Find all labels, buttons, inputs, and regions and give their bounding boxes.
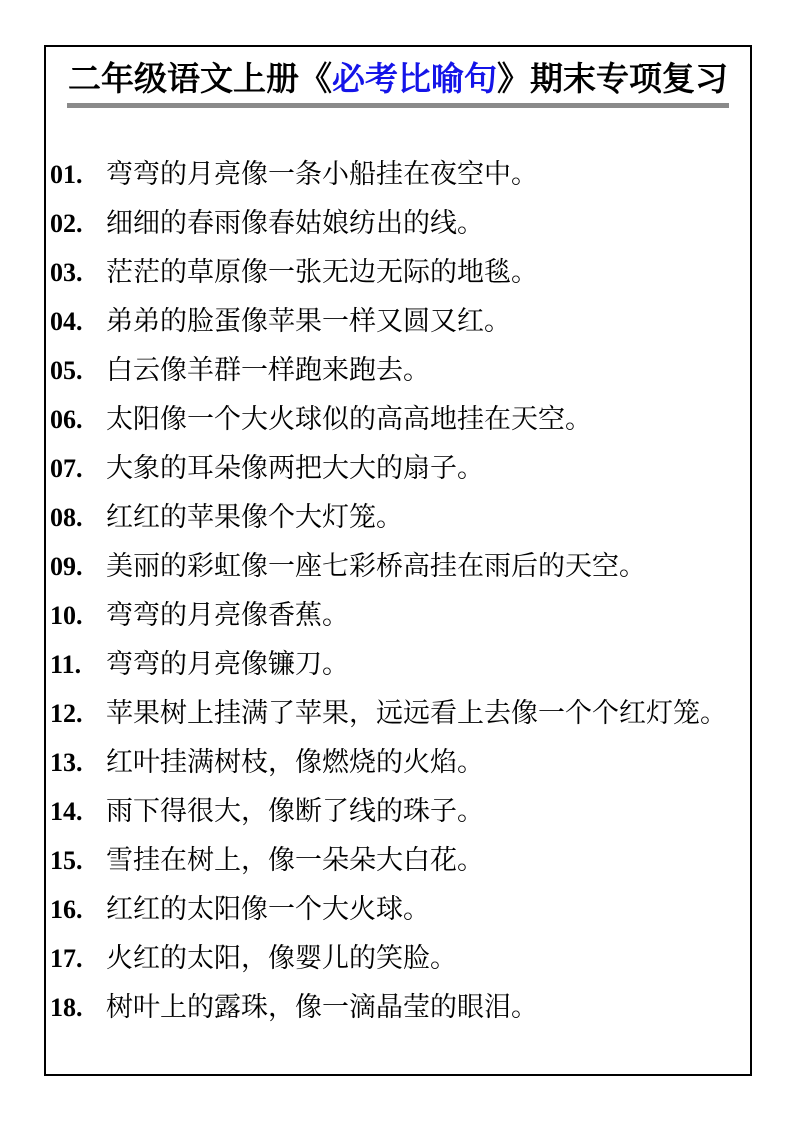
item-number: 17.: [50, 944, 106, 974]
list-item: 07. 大象的耳朵像两把大大的扇子。: [50, 452, 740, 501]
item-number: 08.: [50, 503, 106, 533]
item-number: 05.: [50, 356, 106, 386]
page-title: 二年级语文上册《必考比喻句》期末专项复习: [67, 60, 729, 108]
item-number: 04.: [50, 307, 106, 337]
list-item: 09. 美丽的彩虹像一座七彩桥高挂在雨后的天空。: [50, 550, 740, 599]
item-text: 红红的太阳像一个大火球。: [106, 893, 740, 925]
item-number: 06.: [50, 405, 106, 435]
item-number: 12.: [50, 699, 106, 729]
item-text: 火红的太阳，像婴儿的笑脸。: [106, 942, 740, 974]
list-item: 12. 苹果树上挂满了苹果，远远看上去像一个个红灯笼。: [50, 697, 740, 746]
item-text: 弯弯的月亮像一条小船挂在夜空中。: [106, 158, 740, 190]
list-item: 11. 弯弯的月亮像镰刀。: [50, 648, 740, 697]
title-wrap: 二年级语文上册《必考比喻句》期末专项复习: [46, 60, 750, 108]
item-text: 太阳像一个大火球似的高高地挂在天空。: [106, 403, 740, 435]
item-text: 美丽的彩虹像一座七彩桥高挂在雨后的天空。: [106, 550, 740, 582]
item-number: 11.: [50, 650, 106, 680]
list-item: 14. 雨下得很大，像断了线的珠子。: [50, 795, 740, 844]
worksheet-page: 二年级语文上册《必考比喻句》期末专项复习 01. 弯弯的月亮像一条小船挂在夜空中…: [0, 0, 793, 1122]
item-number: 10.: [50, 601, 106, 631]
list-item: 03. 茫茫的草原像一张无边无际的地毯。: [50, 256, 740, 305]
item-number: 14.: [50, 797, 106, 827]
item-number: 07.: [50, 454, 106, 484]
list-item: 06. 太阳像一个大火球似的高高地挂在天空。: [50, 403, 740, 452]
list-item: 16. 红红的太阳像一个大火球。: [50, 893, 740, 942]
item-text: 红叶挂满树枝，像燃烧的火焰。: [106, 746, 740, 778]
item-text: 弯弯的月亮像镰刀。: [106, 648, 740, 680]
item-text: 苹果树上挂满了苹果，远远看上去像一个个红灯笼。: [106, 697, 740, 729]
item-number: 01.: [50, 160, 106, 190]
item-number: 02.: [50, 209, 106, 239]
sentence-list: 01. 弯弯的月亮像一条小船挂在夜空中。 02. 细细的春雨像春姑娘纺出的线。 …: [46, 158, 750, 1040]
item-text: 红红的苹果像个大灯笼。: [106, 501, 740, 533]
item-text: 大象的耳朵像两把大大的扇子。: [106, 452, 740, 484]
list-item: 13. 红叶挂满树枝，像燃烧的火焰。: [50, 746, 740, 795]
list-item: 05. 白云像羊群一样跑来跑去。: [50, 354, 740, 403]
list-item: 02. 细细的春雨像春姑娘纺出的线。: [50, 207, 740, 256]
list-item: 08. 红红的苹果像个大灯笼。: [50, 501, 740, 550]
item-number: 09.: [50, 552, 106, 582]
title-highlight: 必考比喻句: [332, 60, 497, 97]
list-item: 10. 弯弯的月亮像香蕉。: [50, 599, 740, 648]
content-border: 二年级语文上册《必考比喻句》期末专项复习 01. 弯弯的月亮像一条小船挂在夜空中…: [44, 45, 752, 1076]
item-number: 16.: [50, 895, 106, 925]
item-number: 15.: [50, 846, 106, 876]
item-number: 18.: [50, 993, 106, 1023]
item-text: 雨下得很大，像断了线的珠子。: [106, 795, 740, 827]
item-number: 03.: [50, 258, 106, 288]
title-prefix: 二年级语文上册《: [68, 60, 332, 97]
item-text: 弯弯的月亮像香蕉。: [106, 599, 740, 631]
item-text: 细细的春雨像春姑娘纺出的线。: [106, 207, 740, 239]
item-text: 树叶上的露珠，像一滴晶莹的眼泪。: [106, 991, 740, 1023]
item-text: 弟弟的脸蛋像苹果一样又圆又红。: [106, 305, 740, 337]
list-item: 18. 树叶上的露珠，像一滴晶莹的眼泪。: [50, 991, 740, 1040]
item-number: 13.: [50, 748, 106, 778]
list-item: 17. 火红的太阳，像婴儿的笑脸。: [50, 942, 740, 991]
list-item: 01. 弯弯的月亮像一条小船挂在夜空中。: [50, 158, 740, 207]
item-text: 雪挂在树上，像一朵朵大白花。: [106, 844, 740, 876]
title-suffix: 》期末专项复习: [497, 60, 728, 97]
list-item: 04. 弟弟的脸蛋像苹果一样又圆又红。: [50, 305, 740, 354]
item-text: 茫茫的草原像一张无边无际的地毯。: [106, 256, 740, 288]
list-item: 15. 雪挂在树上，像一朵朵大白花。: [50, 844, 740, 893]
item-text: 白云像羊群一样跑来跑去。: [106, 354, 740, 386]
